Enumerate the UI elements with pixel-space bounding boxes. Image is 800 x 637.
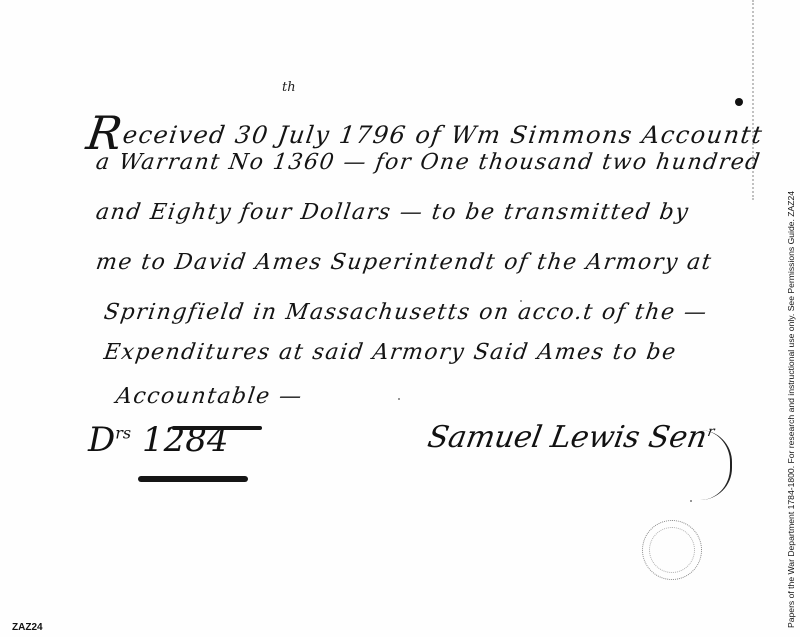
ink-speck: [690, 500, 692, 502]
amount-prefix: D: [88, 420, 115, 460]
amount-underline-top: [172, 426, 262, 430]
amount-prefix-superscript: rs: [115, 424, 131, 443]
ink-speck: [398, 398, 400, 400]
date-superscript: th: [282, 80, 296, 95]
signature: Samuel Lewis Senr: [425, 420, 716, 455]
receipt-line-6: Expenditures at said Armory Said Ames to…: [102, 340, 678, 365]
ink-blot: [735, 98, 743, 106]
receipt-line-4: me to David Ames Superintendt of the Arm…: [94, 250, 714, 275]
signature-flourish: [700, 430, 732, 500]
seal-stamp-icon: [642, 520, 702, 580]
document-page: th Received 30 July 1796 of Wm Simmons A…: [0, 0, 800, 637]
receipt-line-3: and Eighty four Dollars — to be transmit…: [94, 200, 691, 225]
document-id: ZAZ24: [12, 622, 43, 633]
receipt-line-1: Received 30 July 1796 of Wm Simmons Acco…: [84, 100, 768, 154]
amount-underline-bottom: [138, 476, 248, 482]
receipt-line-1-text: eceived 30 July 1796 of Wm Simmons Accou…: [121, 121, 765, 149]
seal-inner-ring: [649, 527, 695, 573]
receipt-line-5: Springfield in Massachusetts on acco.t o…: [102, 300, 709, 325]
receipt-line-7: Accountable —: [114, 384, 304, 409]
signature-name: Samuel Lewis Sen: [425, 420, 710, 455]
archive-caption: Papers of the War Department 1784-1800. …: [786, 191, 796, 628]
ink-speck: [520, 300, 522, 302]
receipt-line-2: a Warrant No 1360 — for One thousand two…: [94, 150, 762, 175]
